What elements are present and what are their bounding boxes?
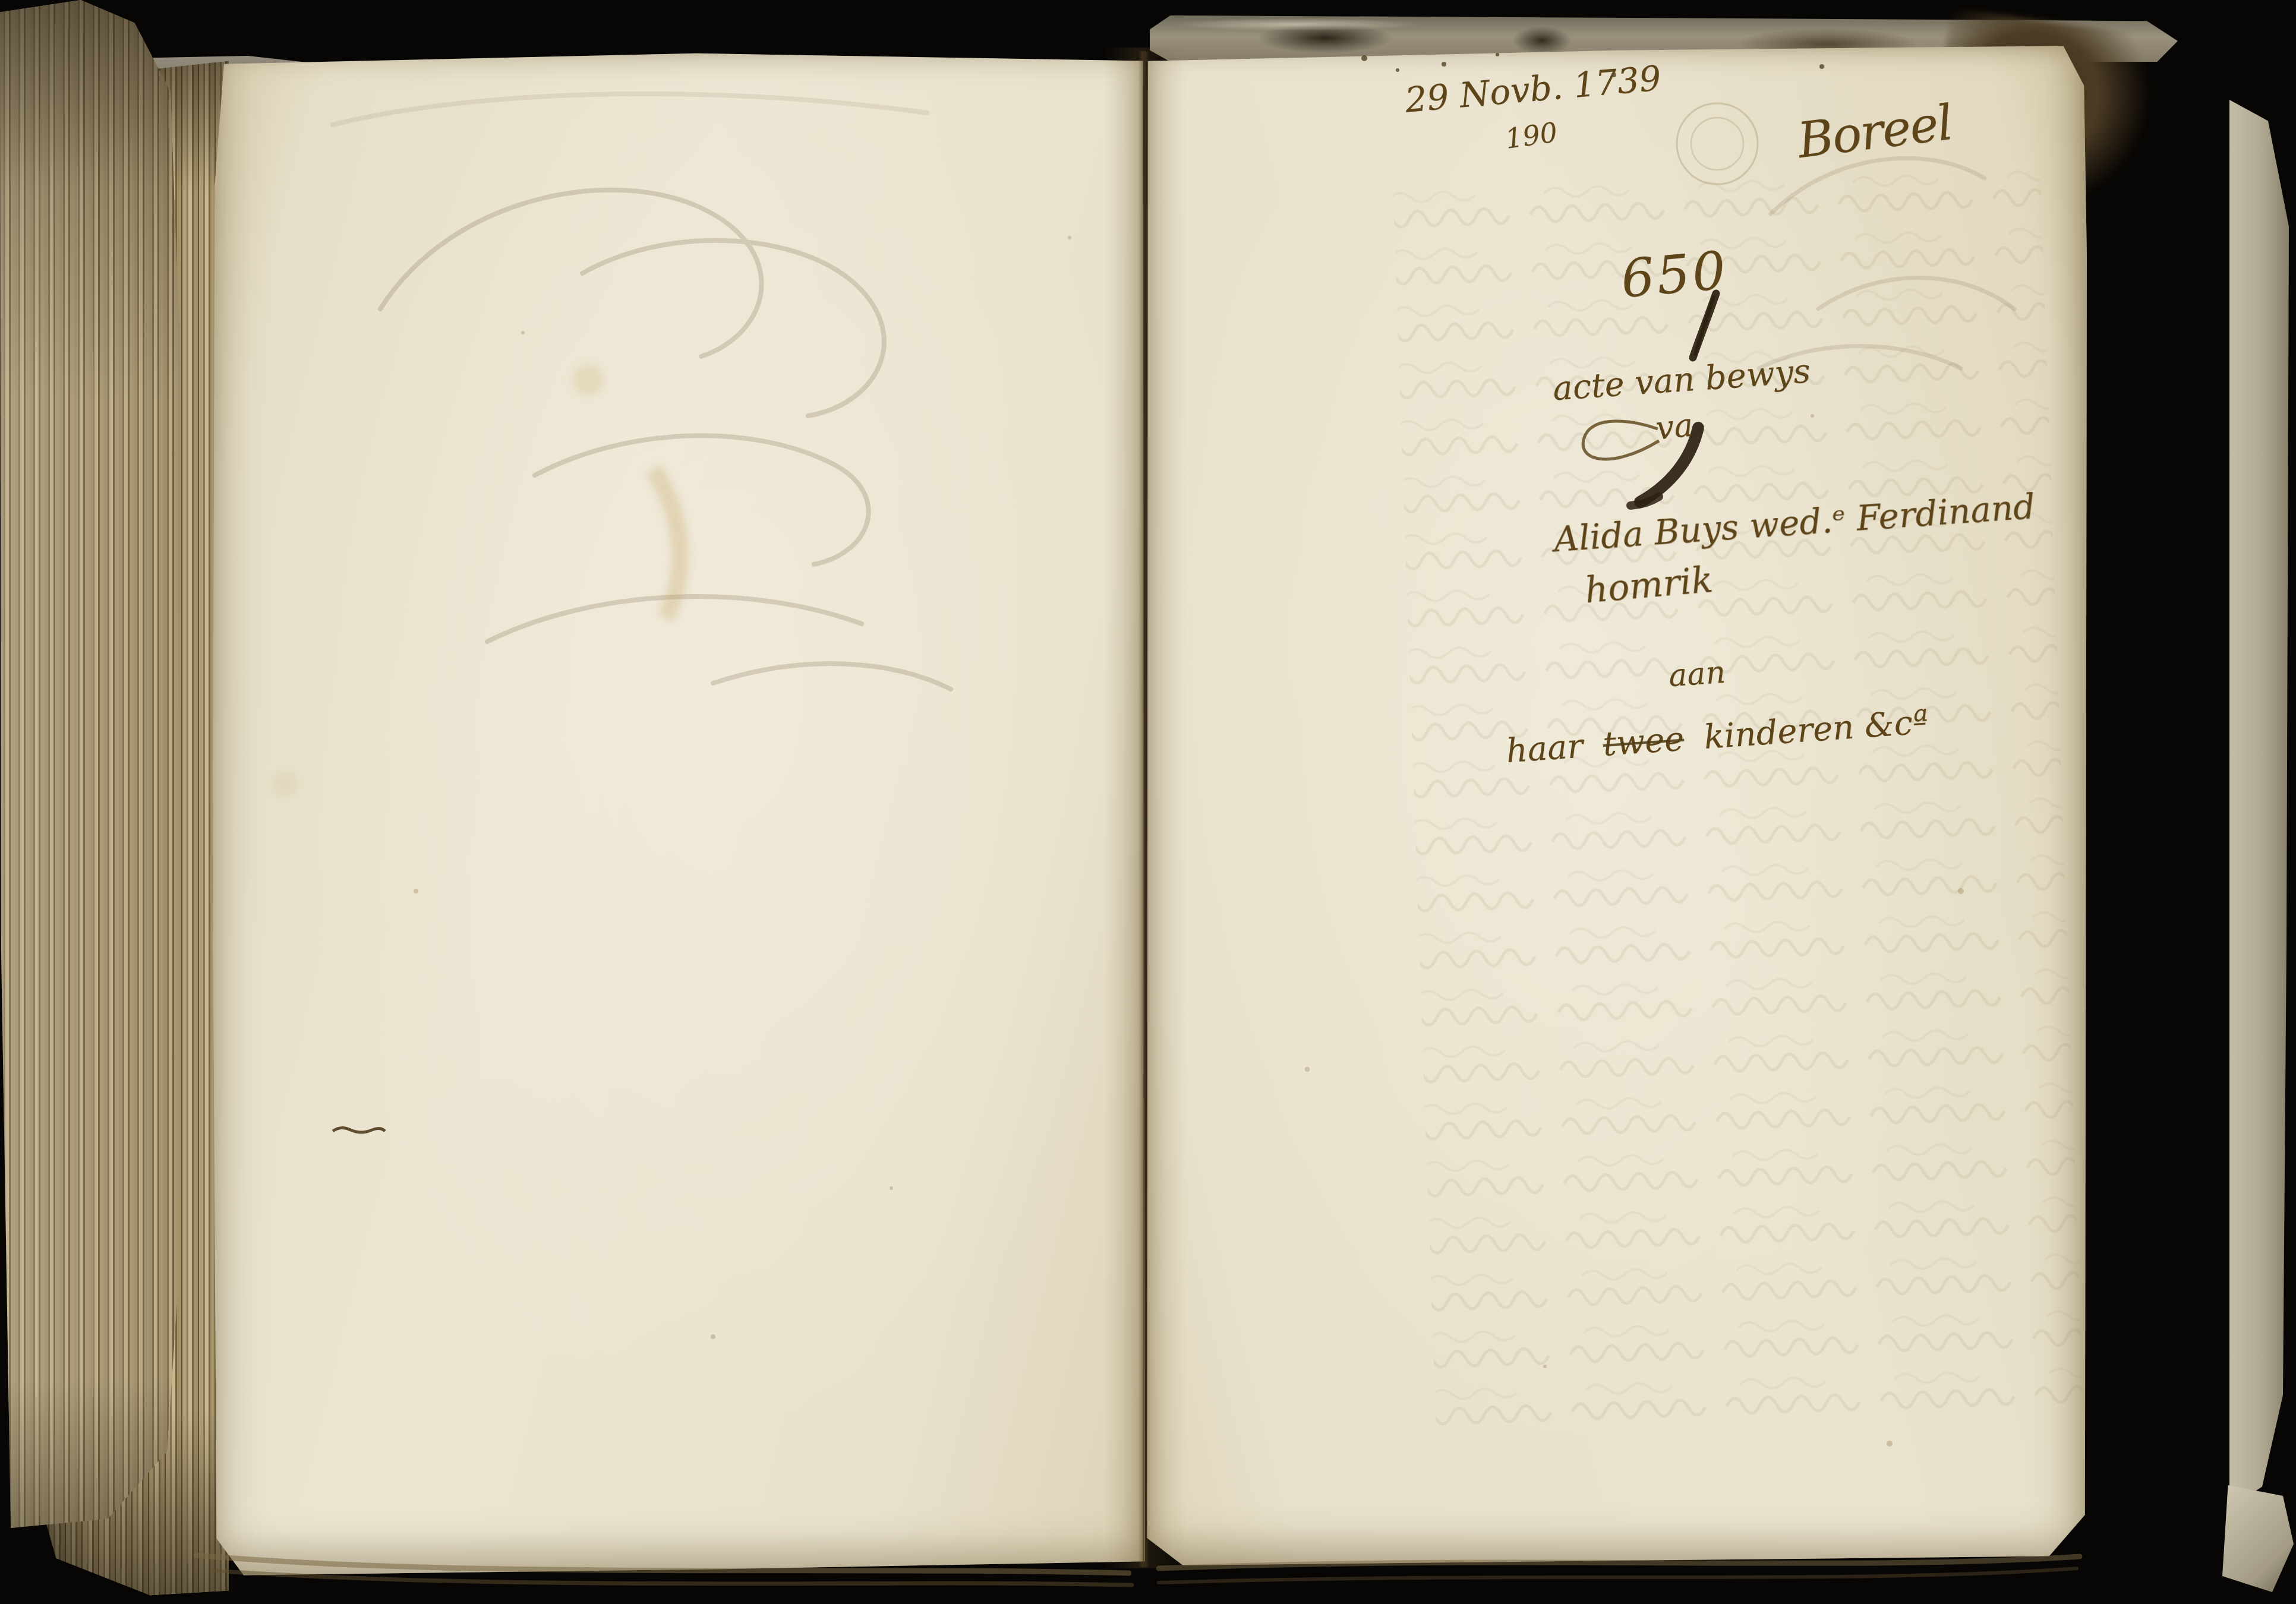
beneficiary-word-haar: haar [1505,727,1584,771]
vellum-cover-edge [2229,100,2289,1508]
top-edge-highlight [1174,18,1423,31]
right-page [1145,43,2087,1568]
page-edges-right [0,0,179,1528]
act-number: 650 [1619,239,1730,310]
act-connector-word: va [1654,406,1695,447]
gutter-crease [1138,51,1149,1567]
vellum-cover-corner-fold [2222,1485,2294,1592]
photo-backdrop: 29 Novb. 1739 190 Boreel 650 acte van be… [0,0,2296,1604]
beneficiary-word-twee-struck: twee [1601,719,1685,763]
preposition-aan: aan [1667,655,1726,694]
left-page [211,49,1145,1577]
top-edge-stain [1512,26,1572,55]
